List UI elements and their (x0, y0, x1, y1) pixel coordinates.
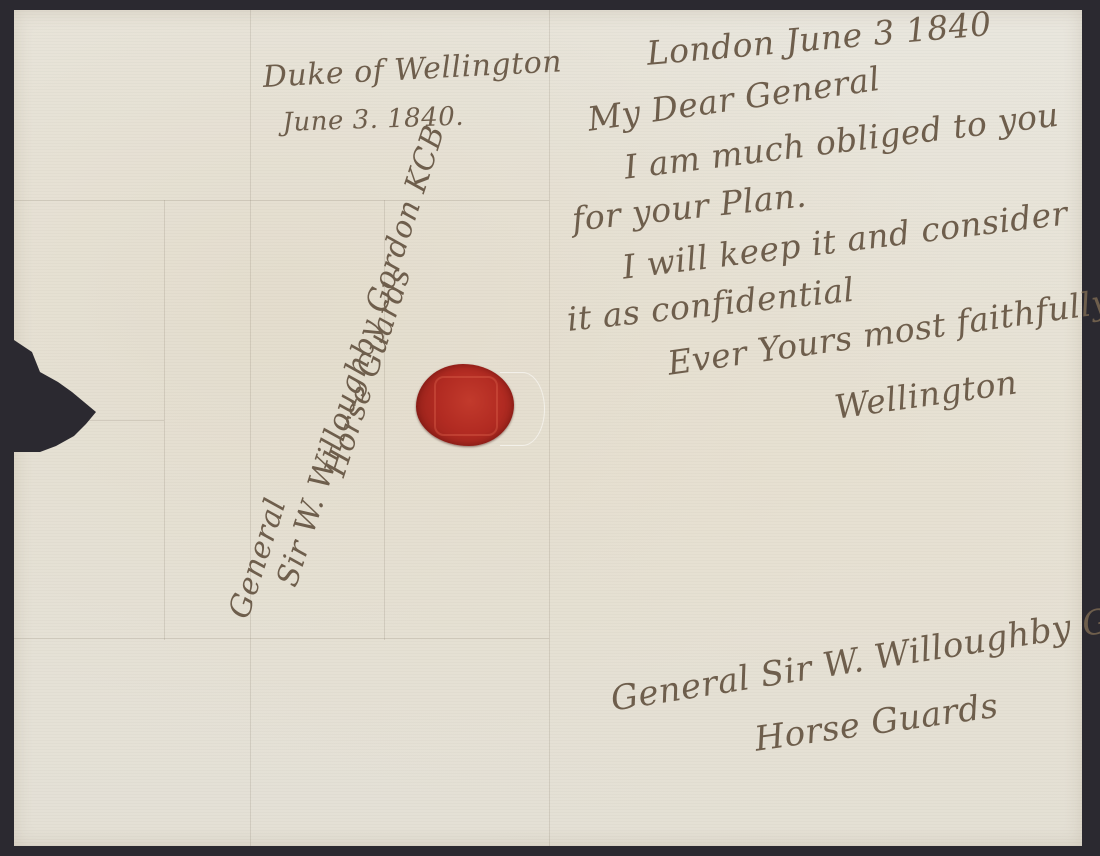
fold-line (14, 638, 549, 639)
fold-line (549, 10, 550, 846)
fold-line (164, 200, 165, 640)
seal-impression (434, 376, 498, 436)
wax-seal: red wax seal (416, 364, 514, 446)
fold-line (14, 420, 164, 421)
fold-line (250, 10, 251, 846)
fold-line (14, 200, 549, 201)
